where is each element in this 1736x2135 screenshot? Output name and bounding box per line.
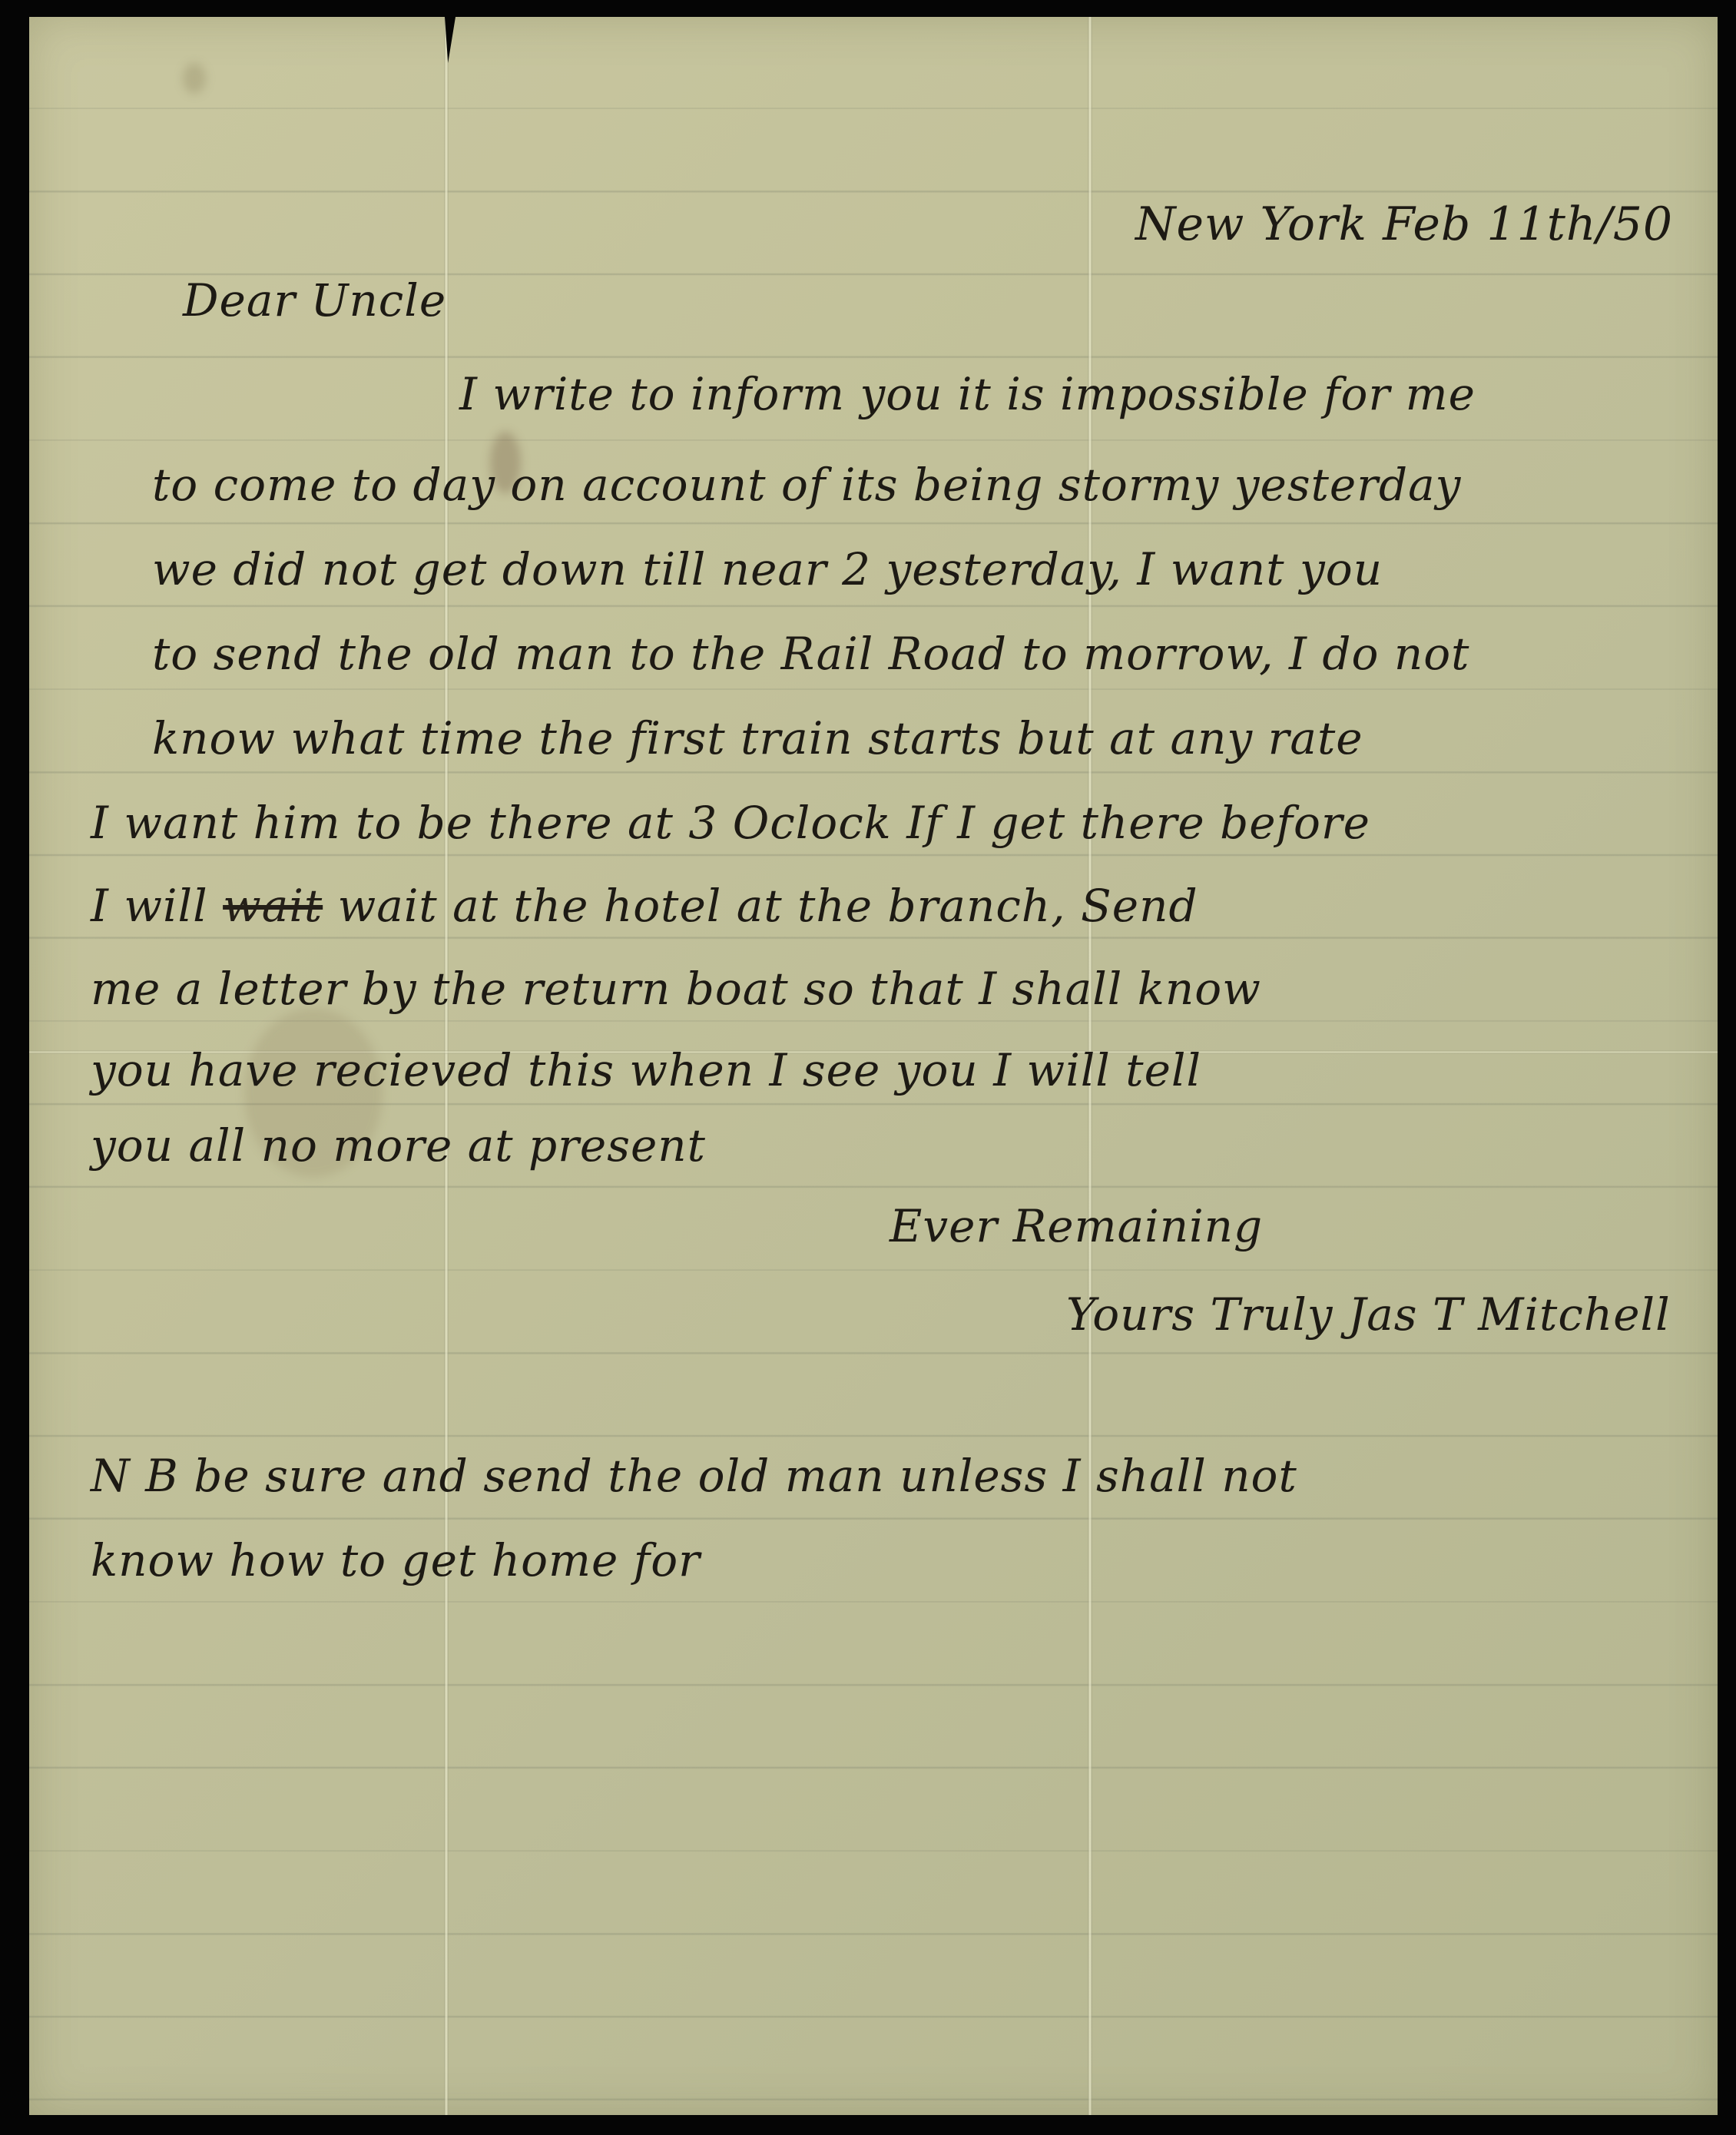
body-line: to come to day on account of its being s… <box>152 462 1461 507</box>
body-line: I will wait wait at the hotel at the bra… <box>91 884 1198 928</box>
postscript-line: N B be sure and send the old man unless … <box>91 1454 1297 1498</box>
struck-word: wait <box>223 880 323 932</box>
body-line-start: I will <box>91 880 208 932</box>
dateline: New York Feb 11th/50 <box>1135 201 1673 247</box>
body-line: I write to inform you it is impossible f… <box>459 372 1476 416</box>
body-line: I want him to be there at 3 Oclock If I … <box>91 801 1370 845</box>
body-line: to send the old man to the Rail Road to … <box>152 632 1469 676</box>
letter-page: New York Feb 11th/50 Dear Uncle I write … <box>29 17 1718 2115</box>
body-line: you all no more at present <box>91 1123 706 1168</box>
body-line-end: wait at the hotel at the branch, Send <box>338 880 1198 932</box>
body-line: me a letter by the return boat so that I… <box>91 966 1261 1011</box>
closing: Ever Remaining <box>890 1204 1263 1248</box>
body-line: we did not get down till near 2 yesterda… <box>152 547 1383 592</box>
signature: Yours Truly Jas T Mitchell <box>1066 1292 1671 1337</box>
body-line: know what time the first train starts bu… <box>152 716 1363 761</box>
salutation: Dear Uncle <box>183 278 446 323</box>
postscript-line: know how to get home for <box>91 1538 701 1583</box>
stain <box>183 63 206 94</box>
body-line: you have recieved this when I see you I … <box>91 1048 1201 1092</box>
